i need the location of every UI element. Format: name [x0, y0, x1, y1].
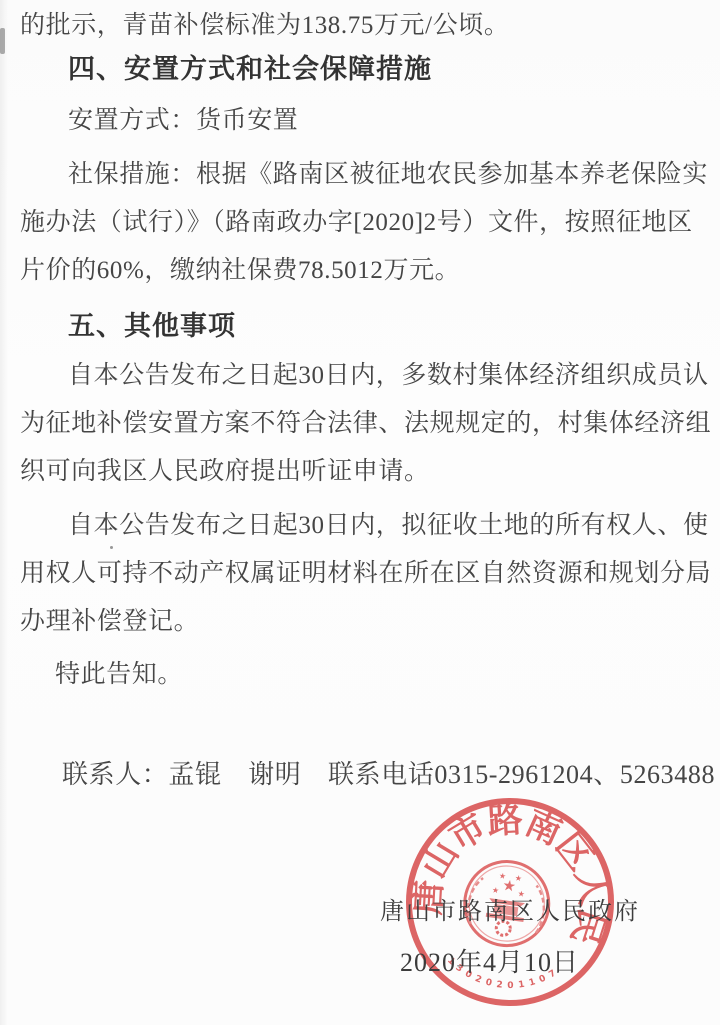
body-line-registration-1: 自本公告发布之日起30日内，拟征收土地的所有权人、使	[68, 512, 709, 541]
body-line-resettlement-method: 安置方式：货币安置	[68, 107, 298, 136]
emblem-small-star-icon: ★	[491, 885, 499, 895]
body-line-hearing-2: 为征地补偿安置方案不符合法律、法规规定的，村集体经济组	[20, 410, 711, 439]
body-line-hearing-3: 织可向我区人民政府提出听证申请。	[20, 458, 430, 487]
emblem-small-star-icon: ★	[498, 871, 506, 881]
issuer-name: 唐山市路南区人民政府	[380, 898, 640, 927]
body-line-registration-3: 办理补偿登记。	[20, 608, 199, 637]
section-heading-four: 四、安置方式和社会保障措施	[68, 54, 432, 85]
body-line-hearing-1: 自本公告发布之日起30日内，多数村集体经济组织成员认	[68, 362, 709, 391]
body-line-compensation-standard: 的批示，青苗补偿标准为138.75万元/公顷。	[20, 12, 510, 41]
body-line-notice-closing: 特此告知。	[55, 661, 183, 690]
scan-edge-artifact	[0, 0, 8, 1025]
section-heading-five: 五、其他事项	[68, 311, 236, 342]
body-line-social-security-2: 施办法（试行）》（路南政办字[2020]2号）文件，按照征地区	[20, 209, 693, 238]
body-line-social-security-1: 社保措施：根据《路南区被征地农民参加基本养老保险实	[68, 161, 708, 190]
body-line-social-security-3: 片价的60%，缴纳社保费78.5012万元。	[20, 257, 460, 286]
contact-line: 联系人：孟锟 谢明 联系电话0315-2961204、5263488	[62, 760, 715, 790]
scan-dot-artifact	[110, 546, 113, 549]
issue-date: 2020年4月10日	[400, 947, 579, 978]
document-page: 的批示，青苗补偿标准为138.75万元/公顷。 四、安置方式和社会保障措施 安置…	[0, 0, 720, 1025]
body-line-registration-2: 用权人可持不动产权属证明材料在所在区自然资源和规划分局	[20, 560, 711, 589]
emblem-small-star-icon: ★	[514, 873, 522, 883]
scan-smudge-artifact	[0, 28, 5, 54]
